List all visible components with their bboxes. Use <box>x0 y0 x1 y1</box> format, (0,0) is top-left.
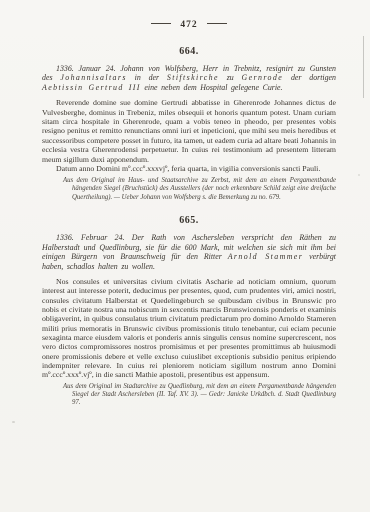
charter-body-text: Reverende domine sue domine Gertrudi abb… <box>42 98 336 163</box>
charter-entry-665: 665. 1336. Februar 24. Der Rath von Asch… <box>42 215 336 408</box>
summary-emphasis: Gernrode <box>242 73 284 82</box>
charter-entry-664: 664. 1336. Januar 24. Johann von Wolfsbe… <box>42 46 336 202</box>
entry-summary: 1336. Januar 24. Johann von Wolfsberg, H… <box>42 64 336 92</box>
summary-text: in der <box>127 73 167 82</box>
summary-emphasis: Arnold Stammer <box>228 252 303 261</box>
summary-emphasis: Johannisaltars <box>60 73 127 82</box>
summary-emphasis: Aebtissin Gertrud III <box>42 83 141 92</box>
summary-text: der dortigen <box>283 73 336 82</box>
scan-speck <box>12 421 15 423</box>
charter-datum-line: Datum anno Domini mº.cccº.xxxvjº, feria … <box>42 164 336 173</box>
scan-speck <box>358 174 360 176</box>
entry-number: 665. <box>42 215 336 226</box>
page-number: 472 <box>180 20 197 30</box>
summary-emphasis: Stiftskirche <box>167 73 219 82</box>
source-note: Aus dem Original im Haus- und Staatsarch… <box>63 177 336 202</box>
header-rule-left <box>151 23 171 24</box>
page-content: 472 664. 1336. Januar 24. Johann von Wol… <box>42 20 336 408</box>
entry-summary: 1336. Februar 24. Der Rath von Aschersle… <box>42 233 336 271</box>
source-note: Aus dem Original im Stadtarchive zu Qued… <box>63 383 336 408</box>
summary-text: eine neben dem Hospital gelegene Curie. <box>141 83 283 92</box>
summary-text: zu <box>219 73 242 82</box>
scan-edge-artifact <box>363 36 364 98</box>
charter-body-text: Nos consules et universitas civium civit… <box>42 277 336 380</box>
header-rule-right <box>207 23 227 24</box>
entry-number: 664. <box>42 46 336 57</box>
page-header: 472 <box>42 20 336 30</box>
